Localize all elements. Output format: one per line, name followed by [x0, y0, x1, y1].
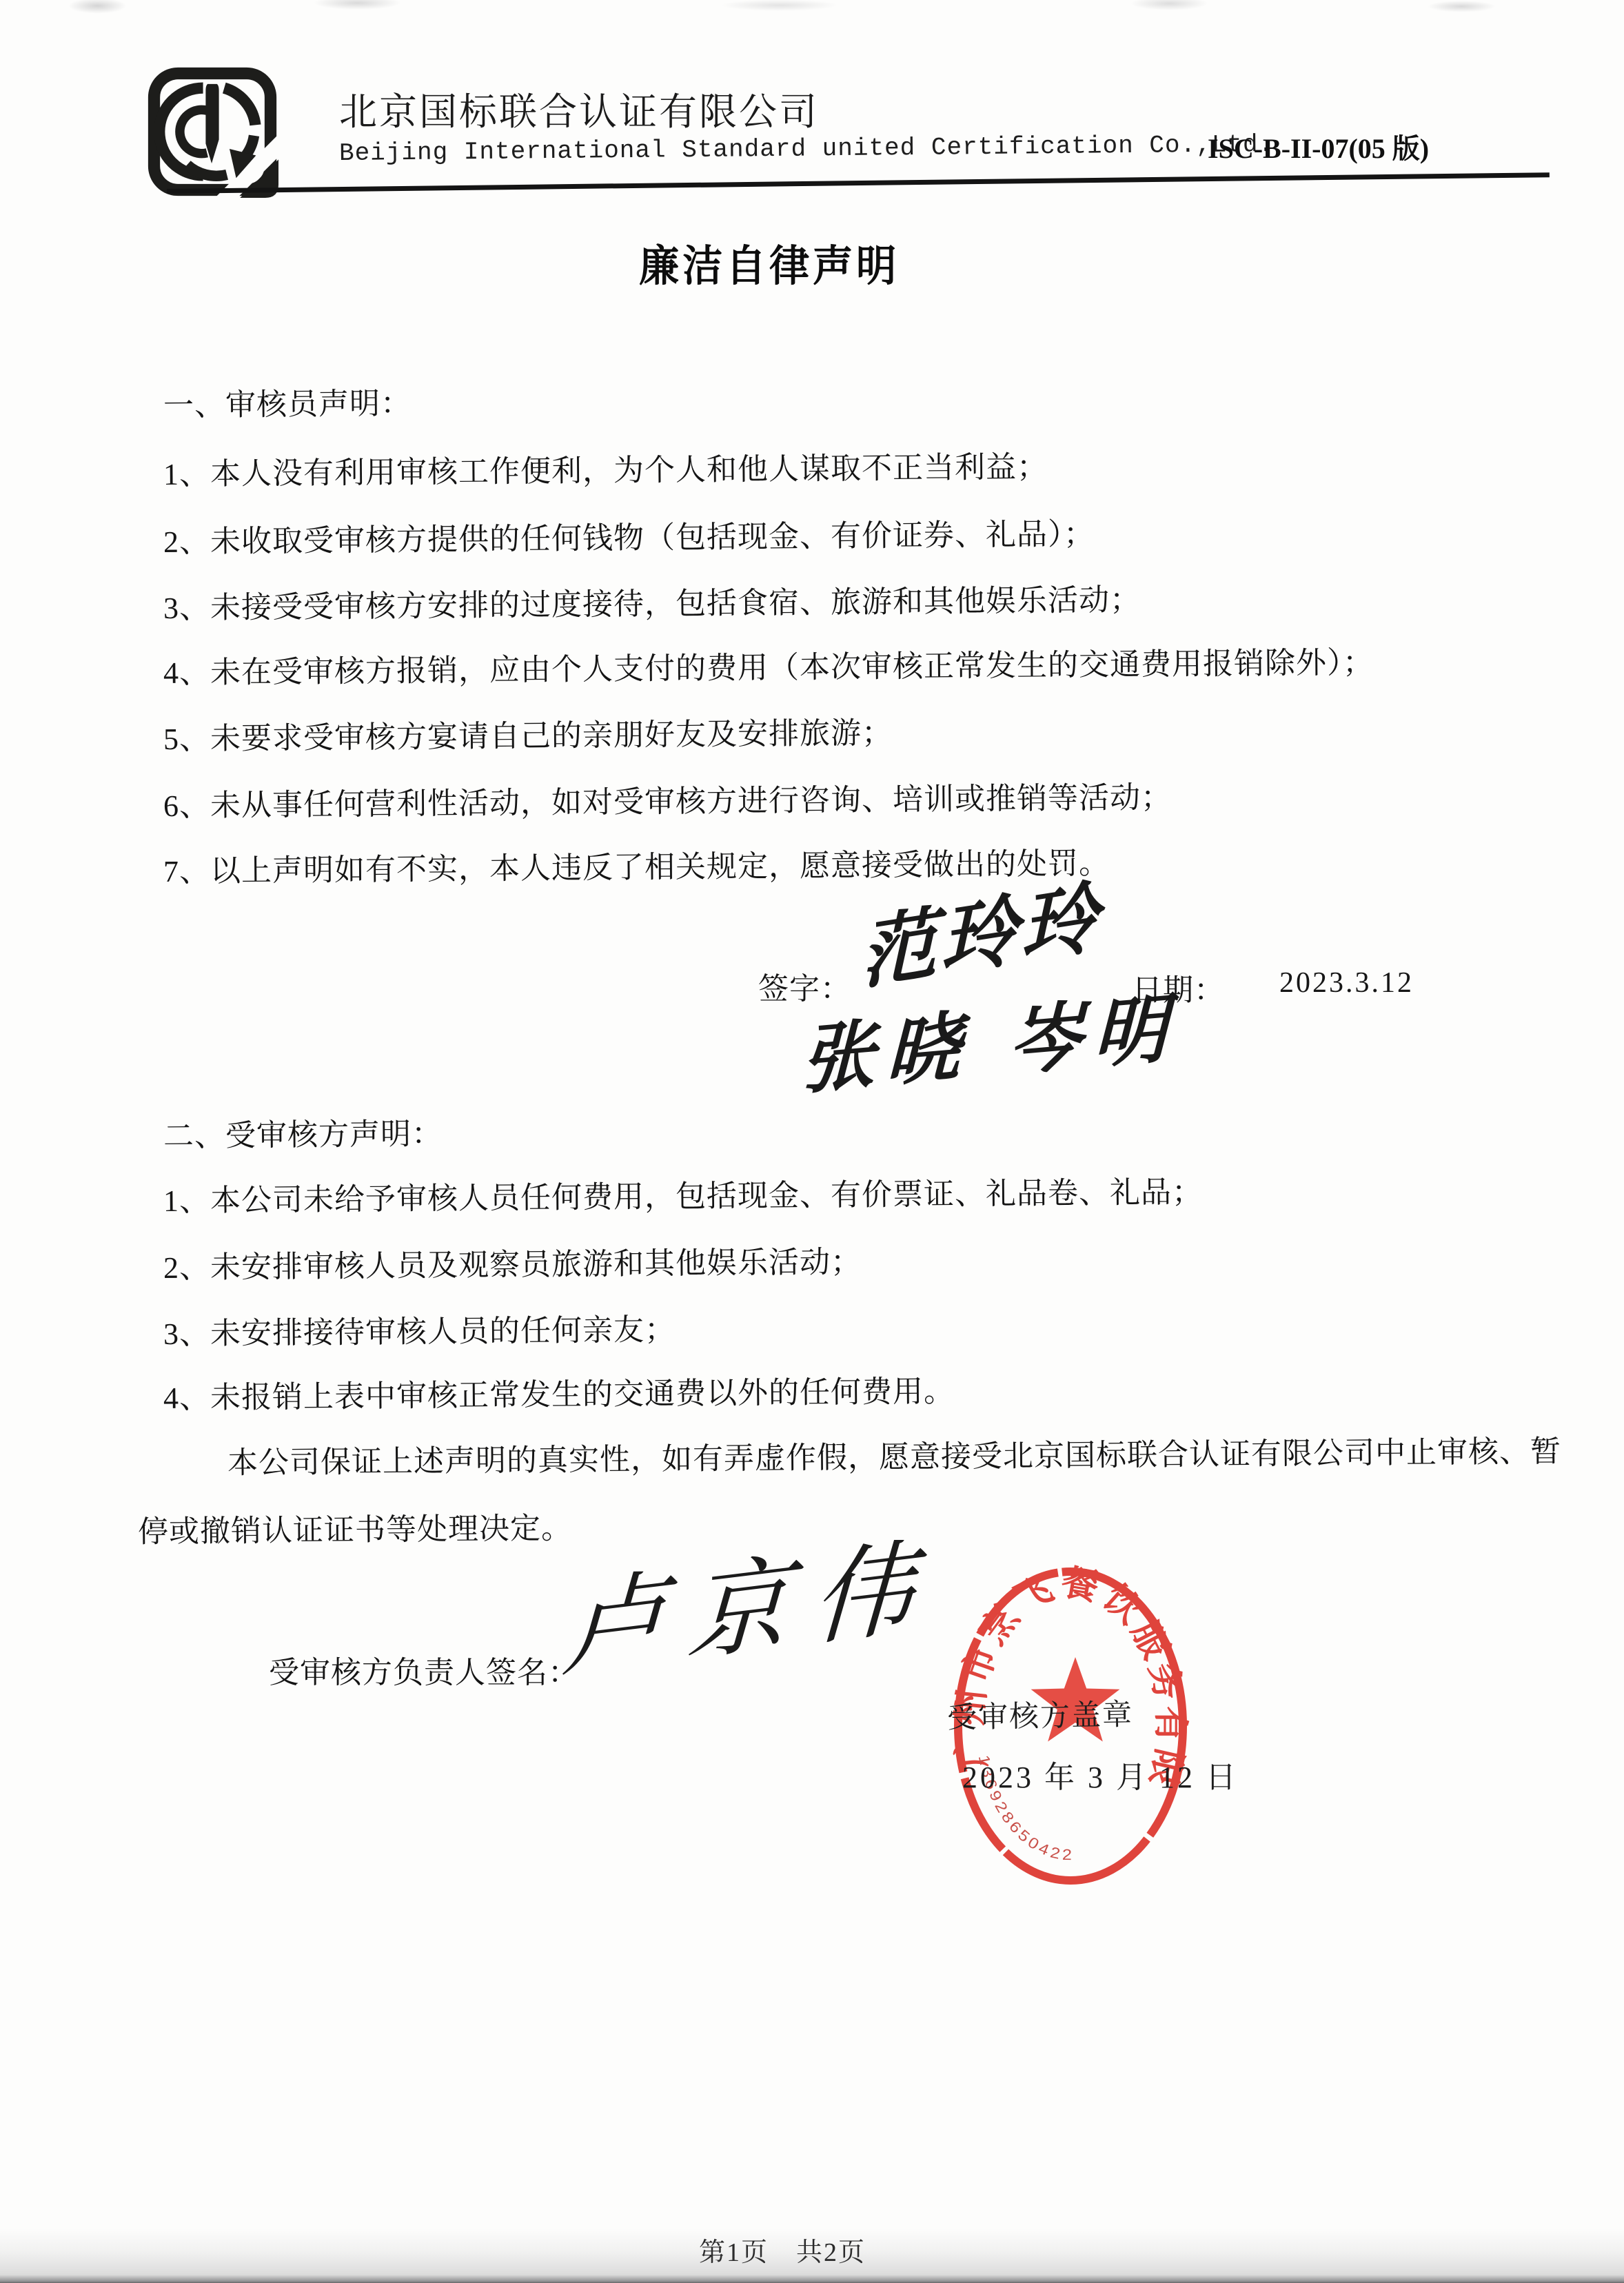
- declaration-item: 6、未从事任何营利性活动，如对受审核方进行咨询、培训或推销等活动；: [163, 772, 1173, 825]
- declaration-item: 3、未安排接待审核人员的任何亲友；: [163, 1305, 676, 1353]
- form-code: ISC-B-II-07(05 版): [1208, 127, 1429, 166]
- date-value: 2023.3.12: [1279, 966, 1414, 1000]
- responsible-handwritten-signature: 卢京伟: [560, 1503, 941, 1697]
- declaration-item: 5、未要求受审核方宴请自己的亲朋好友及安排旅游；: [163, 708, 893, 758]
- declaration-item: 1、本人没有利用审核工作便利，为个人和他人谋取不正当利益；: [163, 442, 1048, 494]
- declaration-item: 4、未在受审核方报销，应由个人支付的费用（本次审核正常发生的交通费用报销除外）；: [163, 638, 1374, 692]
- seal-overlay-date: 2023 年 3 月 12 日: [962, 1752, 1239, 1796]
- scanned-document-page: 北京国标联合认证有限公司 Beijing International Stand…: [0, 0, 1624, 2283]
- pledge-line: 停或撤销认证证书等处理决定。: [138, 1503, 573, 1551]
- declaration-item: 3、未接受受审核方安排的过度接待，包括食宿、旅游和其他娱乐活动；: [163, 575, 1141, 627]
- header-rule: [167, 172, 1550, 194]
- pledge-line: 本公司保证上述声明的真实性，如有弄虚作假，愿意接受北京国标联合认证有限公司中止审…: [227, 1426, 1561, 1482]
- section-2-heading: 二、受审核方声明：: [163, 1108, 443, 1155]
- certification-body-logo-icon: [146, 63, 278, 200]
- declaration-item: 1、本公司未给予审核人员任何费用，包括现金、有价票证、礼品卷、礼品；: [163, 1167, 1204, 1220]
- responsible-signer-label: 受审核方负责人签名：: [269, 1647, 579, 1692]
- date-label: 日期：: [1132, 965, 1225, 1009]
- company-name-cn: 北京国标联合认证有限公司: [339, 81, 819, 136]
- section-1-heading: 一、审核员声明：: [163, 378, 412, 425]
- declaration-item: 2、未安排审核人员及观察员旅游和其他娱乐活动；: [163, 1237, 862, 1287]
- document-title: 廉洁自律声明: [639, 232, 900, 293]
- declaration-item: 2、未收取受审核方提供的任何钱物（包括现金、有价证券、礼品）；: [163, 509, 1095, 561]
- company-name-en: Beijing International Standard united Ce…: [339, 130, 1275, 168]
- auditor-handwritten-signature: 张晓 岑明: [800, 968, 1179, 1108]
- declaration-item: 4、未报销上表中审核正常发生的交通费以外的任何费用。: [163, 1366, 955, 1417]
- seal-overlay-label: 受审核方盖章: [946, 1692, 1133, 1737]
- page-footer: 第1页 共2页: [699, 2231, 866, 2269]
